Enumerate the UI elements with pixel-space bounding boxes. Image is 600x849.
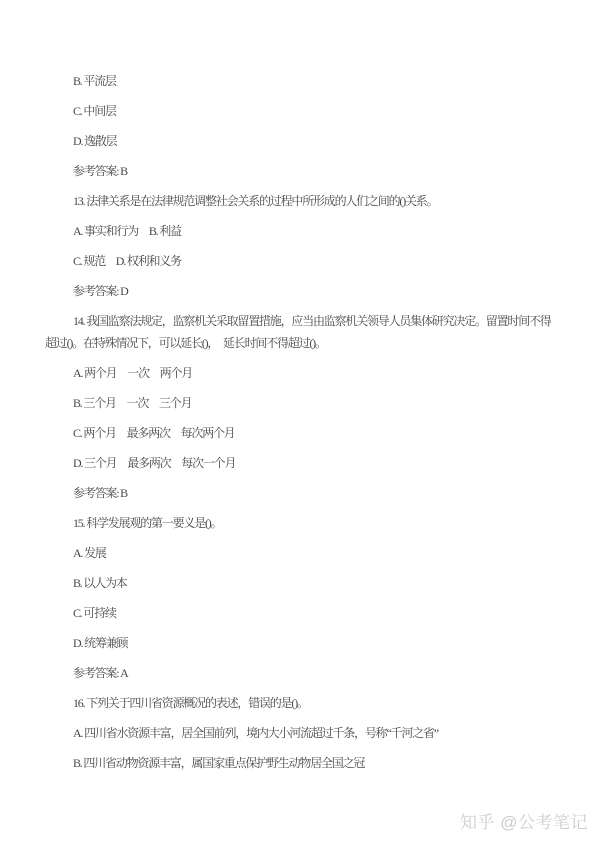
text-line: D. 三个月 最多两次 每次一个月 — [45, 452, 562, 474]
text-line: A. 发展 — [45, 542, 562, 564]
question-paragraph: 16. 下列关于四川省资源概况的表述，错误的是()。 — [45, 692, 562, 714]
text-line: D. 逸散层 — [45, 130, 562, 152]
text-line: D. 统筹兼顾 — [45, 632, 562, 654]
text-line: C. 可持续 — [45, 602, 562, 624]
option-paragraph: C. 规范 D. 权利和义务 — [45, 250, 562, 272]
option-paragraph: C. 两个月 最多两次 每次两个月 — [45, 422, 562, 444]
option-paragraph: C. 可持续 — [45, 602, 562, 624]
text-line: 15. 科学发展观的第一要义是()。 — [45, 512, 562, 534]
option-paragraph: D. 逸散层 — [45, 130, 562, 152]
text-line: 参考答案: B — [45, 482, 562, 504]
document-page: B. 平流层C. 中间层D. 逸散层参考答案: B13. 法律关系是在法律规范调… — [0, 0, 600, 849]
option-paragraph: B. 三个月 一次 三个月 — [45, 392, 562, 414]
option-paragraph: A. 发展 — [45, 542, 562, 564]
text-line: 参考答案: A — [45, 662, 562, 684]
answer-paragraph: 参考答案: A — [45, 662, 562, 684]
option-paragraph: D. 三个月 最多两次 每次一个月 — [45, 452, 562, 474]
option-paragraph: A. 两个月 一次 两个月 — [45, 362, 562, 384]
text-line: 14. 我国监察法规定，监察机关采取留置措施，应当由监察机关领导人员集体研究决定… — [45, 310, 562, 332]
answer-paragraph: 参考答案: D — [45, 280, 562, 302]
text-line: 参考答案: B — [45, 160, 562, 182]
text-line: B. 三个月 一次 三个月 — [45, 392, 562, 414]
text-line: B. 平流层 — [45, 70, 562, 92]
option-paragraph: B. 平流层 — [45, 70, 562, 92]
text-line: A. 两个月 一次 两个月 — [45, 362, 562, 384]
option-paragraph: B. 以人为本 — [45, 572, 562, 594]
text-line: B. 以人为本 — [45, 572, 562, 594]
text-line: C. 规范 D. 权利和义务 — [45, 250, 562, 272]
zhihu-watermark: 知乎 @公考笔记 — [460, 808, 588, 833]
question-paragraph: 13. 法律关系是在法律规范调整社会关系的过程中所形成的人们之间的()关系。 — [45, 190, 562, 212]
text-line: A. 事实和行为 B. 利益 — [45, 220, 562, 242]
text-line: C. 中间层 — [45, 100, 562, 122]
text-line: 16. 下列关于四川省资源概况的表述，错误的是()。 — [45, 692, 562, 714]
text-line: C. 两个月 最多两次 每次两个月 — [45, 422, 562, 444]
text-line: 超过()。在特殊情况下，可以延长()， 延长时间不得超过()。 — [45, 332, 562, 354]
answer-paragraph: 参考答案: B — [45, 482, 562, 504]
option-paragraph: D. 统筹兼顾 — [45, 632, 562, 654]
document-body: B. 平流层C. 中间层D. 逸散层参考答案: B13. 法律关系是在法律规范调… — [0, 0, 600, 774]
option-paragraph: C. 中间层 — [45, 100, 562, 122]
option-paragraph: B. 四川省动物资源丰富，属国家重点保护野生动物居全国之冠 — [45, 752, 562, 774]
text-line: 参考答案: D — [45, 280, 562, 302]
option-paragraph: A. 四川省水资源丰富，居全国前列，境内大小河流超过千条，号称“千河之省” — [45, 722, 562, 744]
text-line: 13. 法律关系是在法律规范调整社会关系的过程中所形成的人们之间的()关系。 — [45, 190, 562, 212]
question-paragraph: 14. 我国监察法规定，监察机关采取留置措施，应当由监察机关领导人员集体研究决定… — [45, 310, 562, 354]
option-paragraph: A. 事实和行为 B. 利益 — [45, 220, 562, 242]
answer-paragraph: 参考答案: B — [45, 160, 562, 182]
question-paragraph: 15. 科学发展观的第一要义是()。 — [45, 512, 562, 534]
text-line: B. 四川省动物资源丰富，属国家重点保护野生动物居全国之冠 — [45, 752, 562, 774]
text-line: A. 四川省水资源丰富，居全国前列，境内大小河流超过千条，号称“千河之省” — [45, 722, 562, 744]
